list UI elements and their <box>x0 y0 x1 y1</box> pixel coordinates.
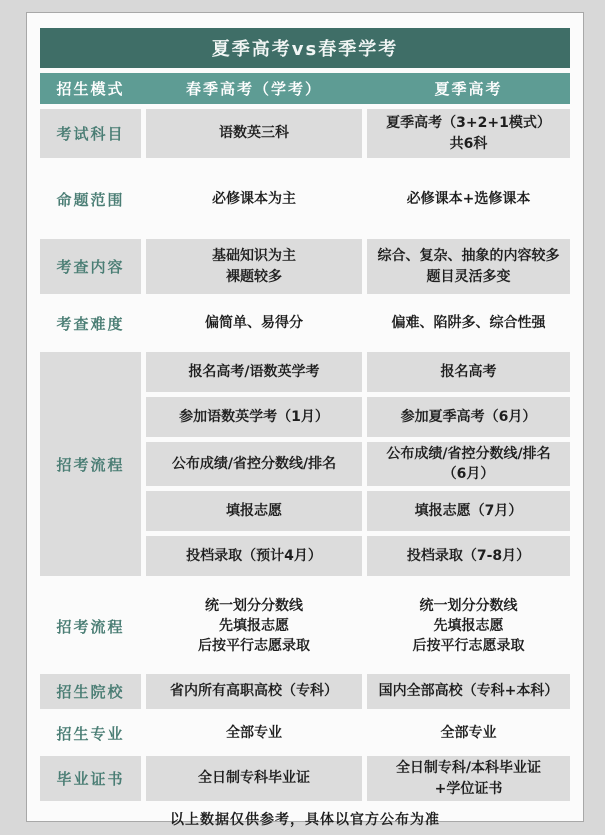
row-label: 考查内容 <box>40 239 141 294</box>
spring-cell: 省内所有高职高校（专科） <box>146 674 362 709</box>
spring-cell: 填报志愿 <box>146 491 362 531</box>
spring-cell: 全部专业 <box>146 712 362 754</box>
row-label: 考查难度 <box>40 299 141 348</box>
spring-cell: 参加语数英学考（1月） <box>146 397 362 437</box>
row-question-scope: 命题范围 必修课本为主 必修课本+选修课本 <box>40 164 570 234</box>
process-step-admission: 投档录取（预计4月） 投档录取（7-8月） <box>141 536 570 576</box>
process-step-take-exam: 参加语数英学考（1月） 参加夏季高考（6月） <box>141 397 570 437</box>
row-exam-subjects: 考试科目 语数英三科 夏季高考（3+2+1模式） 共6科 <box>40 109 570 158</box>
spring-cell: 公布成绩/省控分数线/排名 <box>146 442 362 486</box>
process-step-apply: 填报志愿 填报志愿（7月） <box>141 491 570 531</box>
page-title: 夏季高考vs春季学考 <box>212 35 398 61</box>
summer-cell: 报名高考 <box>367 352 570 392</box>
spring-cell: 全日制专科毕业证 <box>146 756 362 801</box>
spring-cell: 投档录取（预计4月） <box>146 536 362 576</box>
spring-cell: 必修课本为主 <box>146 164 362 234</box>
row-institutions: 招生院校 省内所有高职高校（专科） 国内全部高校（专科+本科） <box>40 674 570 709</box>
spring-cell: 语数英三科 <box>146 109 362 158</box>
row-label: 命题范围 <box>40 164 141 234</box>
spring-cell: 基础知识为主 裸题较多 <box>146 239 362 294</box>
process-step-results: 公布成绩/省控分数线/排名 公布成绩/省控分数线/排名 （6月） <box>141 442 570 486</box>
row-label: 招考流程 <box>40 581 141 671</box>
summer-cell: 统一划分分数线 先填报志愿 后按平行志愿录取 <box>367 581 570 671</box>
comparison-card: 夏季高考vs春季学考 招生模式 春季高考（学考） 夏季高考 考试科目 语数英三科… <box>26 12 584 822</box>
row-process-steps: 招考流程 报名高考/语数英学考 报名高考 参加语数英学考（1月） 参加夏季高考（… <box>40 352 570 576</box>
process-step-register: 报名高考/语数英学考 报名高考 <box>141 352 570 392</box>
header-admission-mode: 招生模式 <box>40 73 141 104</box>
disclaimer-text: 以上数据仅供参考，具体以官方公布为准 <box>40 805 570 833</box>
row-majors: 招生专业 全部专业 全部专业 <box>40 712 570 754</box>
row-label: 毕业证书 <box>40 756 141 801</box>
row-label: 考试科目 <box>40 109 141 158</box>
summer-cell: 参加夏季高考（6月） <box>367 397 570 437</box>
header-summer-exam: 夏季高考 <box>367 73 570 104</box>
row-exam-content: 考查内容 基础知识为主 裸题较多 综合、复杂、抽象的内容较多 题目灵活多变 <box>40 239 570 294</box>
summer-cell: 公布成绩/省控分数线/排名 （6月） <box>367 442 570 486</box>
row-label: 招生院校 <box>40 674 141 709</box>
spring-cell: 偏简单、易得分 <box>146 299 362 348</box>
row-difficulty: 考查难度 偏简单、易得分 偏难、陷阱多、综合性强 <box>40 299 570 348</box>
summer-cell: 全部专业 <box>367 712 570 754</box>
summer-cell: 夏季高考（3+2+1模式） 共6科 <box>367 109 570 158</box>
spring-cell: 统一划分分数线 先填报志愿 后按平行志愿录取 <box>146 581 362 671</box>
summer-cell: 必修课本+选修课本 <box>367 164 570 234</box>
row-diploma: 毕业证书 全日制专科毕业证 全日制专科/本科毕业证 +学位证书 <box>40 756 570 801</box>
spring-cell: 报名高考/语数英学考 <box>146 352 362 392</box>
summer-cell: 综合、复杂、抽象的内容较多 题目灵活多变 <box>367 239 570 294</box>
header-spring-exam: 春季高考（学考） <box>146 73 362 104</box>
summer-cell: 投档录取（7-8月） <box>367 536 570 576</box>
row-label: 招考流程 <box>40 352 141 576</box>
row-label: 招生专业 <box>40 712 141 754</box>
summer-cell: 全日制专科/本科毕业证 +学位证书 <box>367 756 570 801</box>
summer-cell: 偏难、陷阱多、综合性强 <box>367 299 570 348</box>
title-bar: 夏季高考vs春季学考 <box>40 28 570 68</box>
process-steps: 报名高考/语数英学考 报名高考 参加语数英学考（1月） 参加夏季高考（6月） 公… <box>141 352 570 576</box>
row-process-rules: 招考流程 统一划分分数线 先填报志愿 后按平行志愿录取 统一划分分数线 先填报志… <box>40 581 570 671</box>
table-header-row: 招生模式 春季高考（学考） 夏季高考 <box>40 73 570 104</box>
summer-cell: 填报志愿（7月） <box>367 491 570 531</box>
summer-cell: 国内全部高校（专科+本科） <box>367 674 570 709</box>
